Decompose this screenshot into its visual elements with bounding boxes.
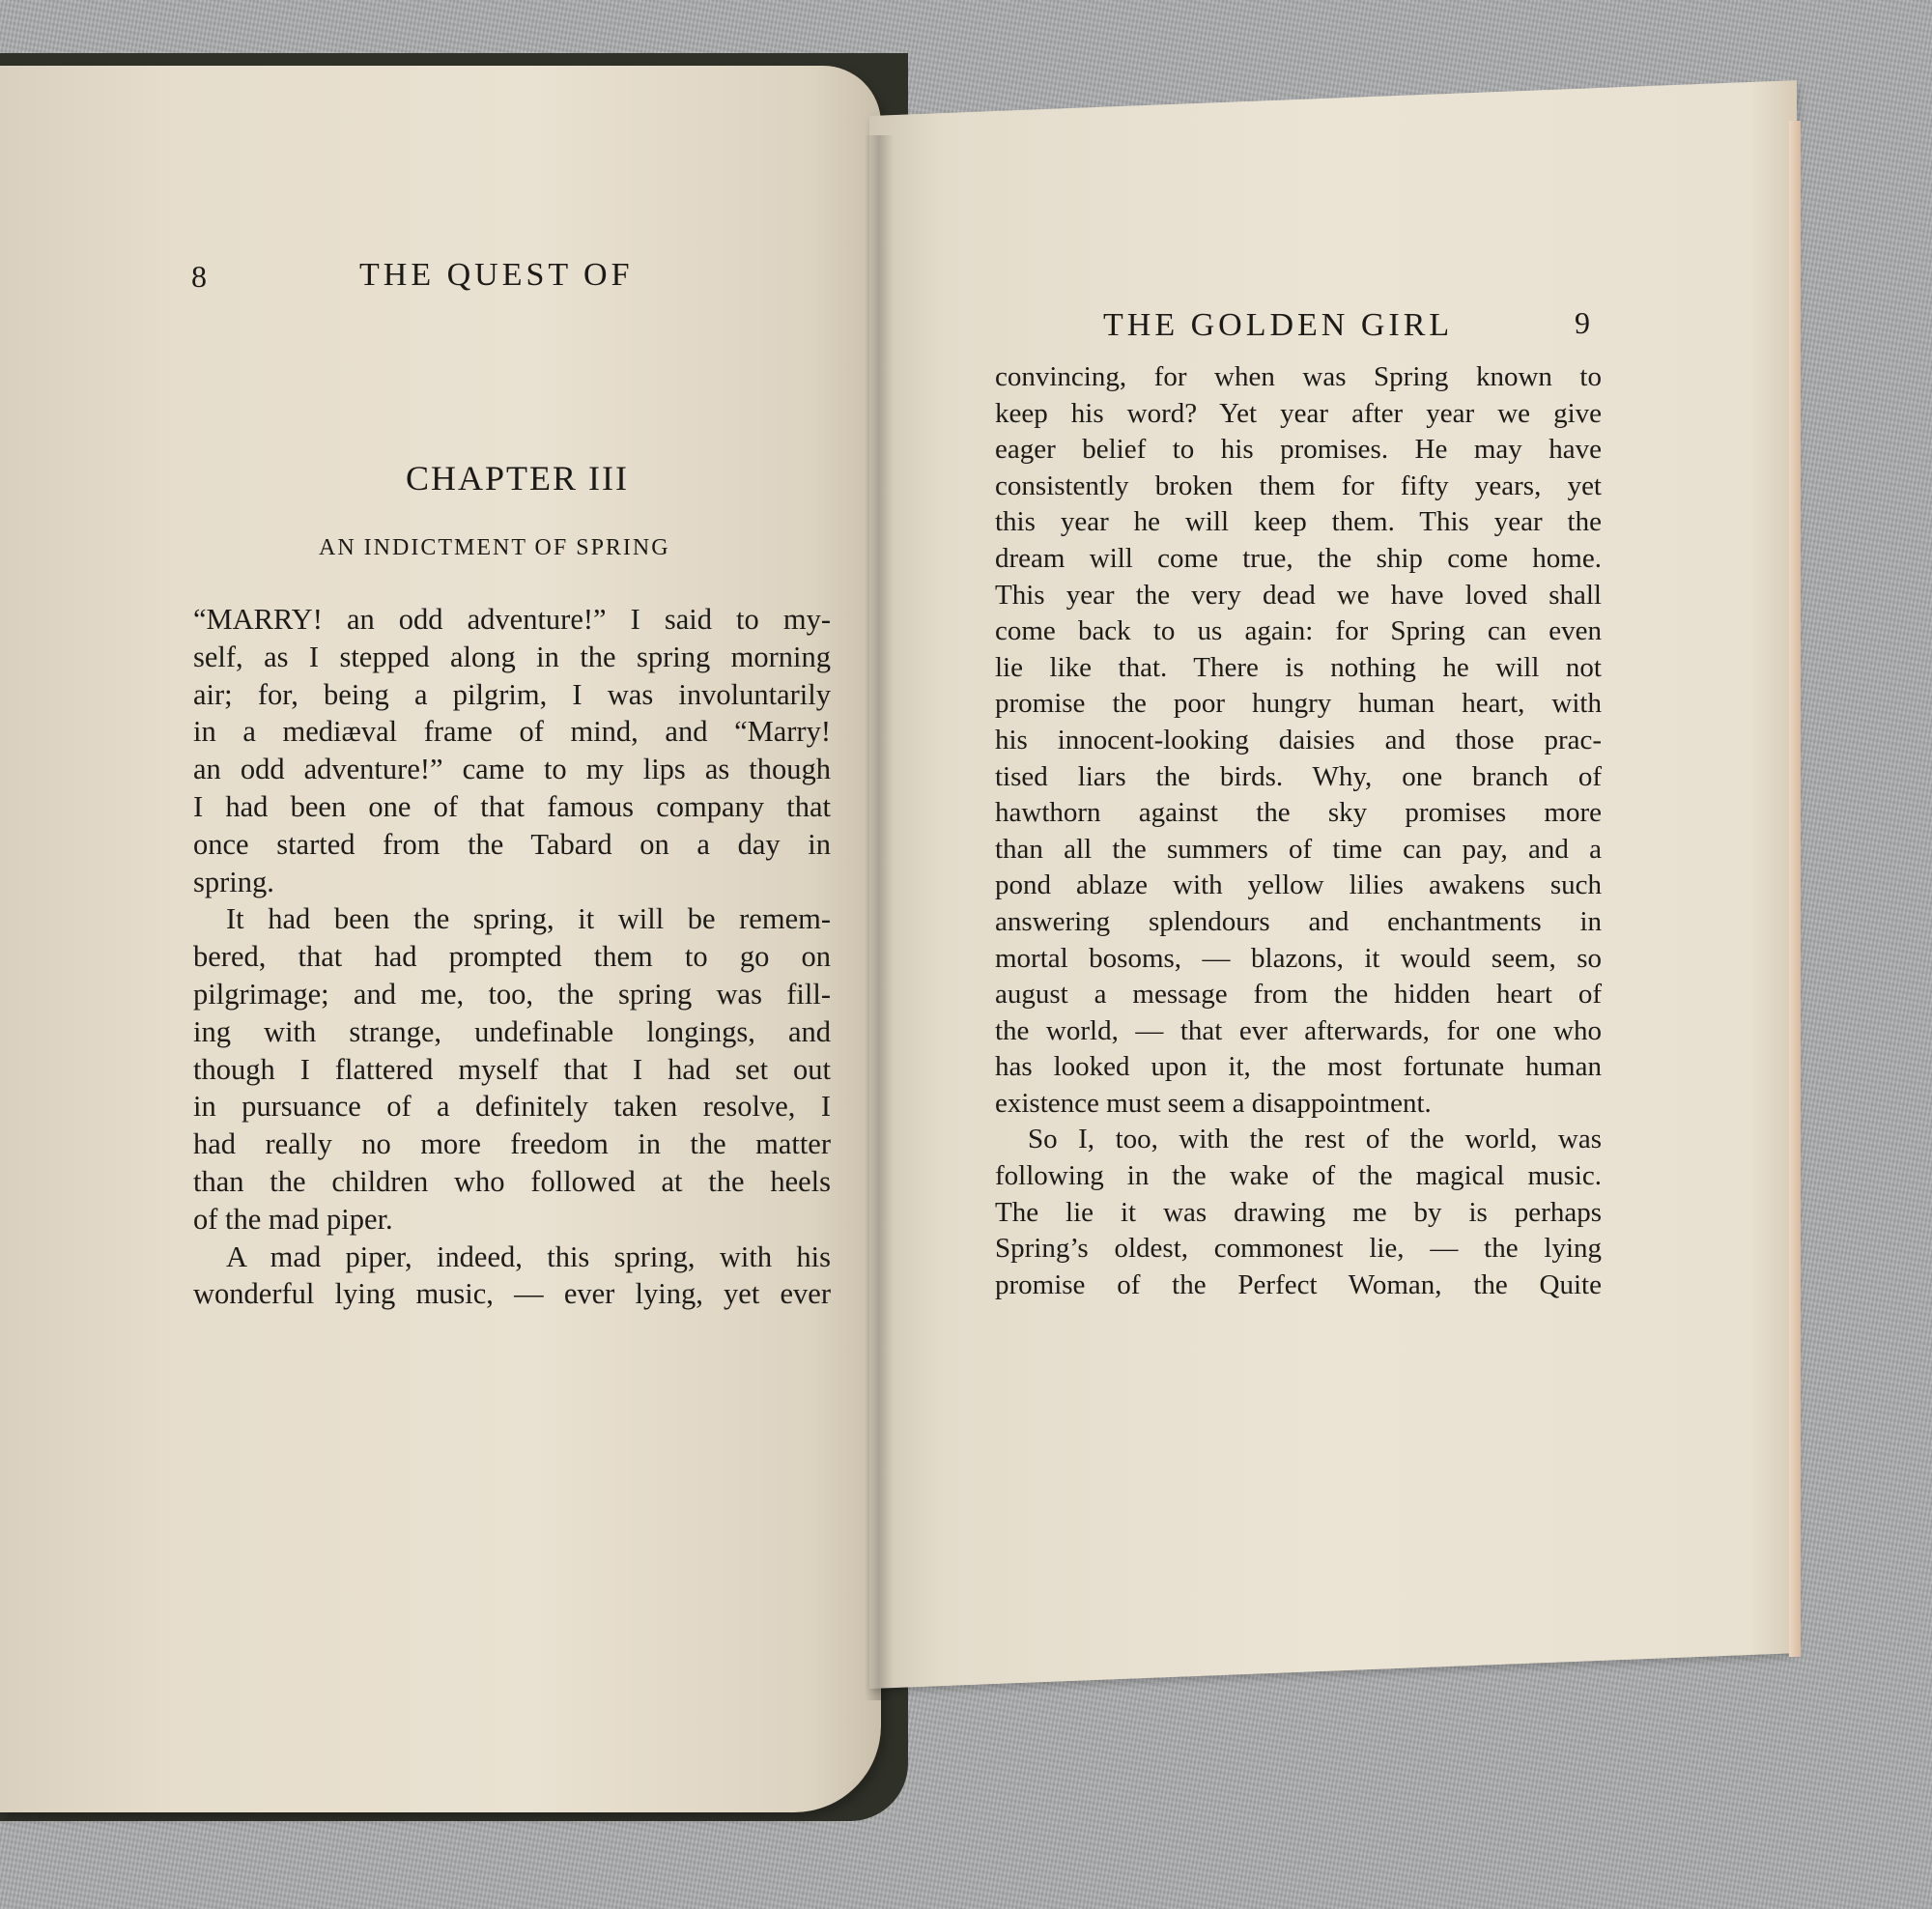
text-line: consistently broken them for fifty years…: [995, 469, 1602, 505]
text-line: this year he will keep them. This year t…: [995, 504, 1602, 541]
right-running-head: THE GOLDEN GIRL: [1103, 307, 1453, 344]
text-line: bered, that had prompted them to go on: [193, 938, 831, 976]
text-line: hawthorn against the sky promises more: [995, 795, 1602, 832]
text-line: the world, — that ever afterwards, for o…: [995, 1013, 1602, 1050]
left-running-head: THE QUEST OF: [359, 257, 634, 294]
text-line: A mad piper, indeed, this spring, with h…: [193, 1239, 831, 1276]
text-line: of the mad piper.: [193, 1201, 831, 1239]
text-line: in pursuance of a definitely taken resol…: [193, 1088, 831, 1125]
right-page-edge: [1789, 121, 1801, 1657]
text-line: This year the very dead we have loved sh…: [995, 578, 1602, 614]
chapter-title: CHAPTER III: [406, 458, 629, 499]
text-line: tised liars the birds. Why, one branch o…: [995, 759, 1602, 796]
text-line: self, as I stepped along in the spring m…: [193, 639, 831, 676]
text-line: spring.: [193, 864, 831, 901]
text-line: has looked upon it, the most fortunate h…: [995, 1049, 1602, 1086]
text-line: lie like that. There is nothing he will …: [995, 650, 1602, 687]
book-gutter: [865, 135, 894, 1700]
text-line: come back to us again: for Spring can ev…: [995, 613, 1602, 650]
text-line: than the children who followed at the he…: [193, 1163, 831, 1201]
text-line: eager belief to his promises. He may hav…: [995, 432, 1602, 469]
text-line: existence must seem a disappointment.: [995, 1086, 1602, 1123]
left-page-number: 8: [191, 259, 207, 295]
text-line: air; for, being a pilgrim, I was involun…: [193, 676, 831, 714]
text-line: mortal bosoms, — blazons, it would seem,…: [995, 941, 1602, 978]
left-page-body: “MARRY! an odd adventure!” I said to my-…: [193, 601, 831, 1313]
text-line: wonderful lying music, — ever lying, yet…: [193, 1275, 831, 1313]
text-line: august a message from the hidden heart o…: [995, 977, 1602, 1013]
text-line: So I, too, with the rest of the world, w…: [995, 1122, 1602, 1158]
text-line: though I flattered myself that I had set…: [193, 1051, 831, 1089]
text-line: I had been one of that famous company th…: [193, 788, 831, 826]
right-page-body: convincing, for when was Spring known to…: [995, 359, 1602, 1303]
text-line: following in the wake of the magical mus…: [995, 1158, 1602, 1195]
text-line: pond ablaze with yellow lilies awakens s…: [995, 868, 1602, 904]
text-line: once started from the Tabard on a day in: [193, 826, 831, 864]
text-line: ing with strange, undefinable longings, …: [193, 1013, 831, 1051]
text-line: dream will come true, the ship come home…: [995, 541, 1602, 578]
right-page-number: 9: [1575, 305, 1590, 341]
chapter-subtitle: AN INDICTMENT OF SPRING: [319, 535, 670, 561]
text-line: an odd adventure!” came to my lips as th…: [193, 751, 831, 788]
text-line: “MARRY! an odd adventure!” I said to my-: [193, 601, 831, 639]
text-line: in a mediæval frame of mind, and “Marry!: [193, 713, 831, 751]
text-line: The lie it was drawing me by is perhaps: [995, 1195, 1602, 1232]
text-line: convincing, for when was Spring known to: [995, 359, 1602, 396]
text-line: his innocent-looking daisies and those p…: [995, 723, 1602, 759]
text-line: It had been the spring, it will be remem…: [193, 900, 831, 938]
text-line: pilgrimage; and me, too, the spring was …: [193, 976, 831, 1013]
text-line: answering splendours and enchantments in: [995, 904, 1602, 941]
text-line: keep his word? Yet year after year we gi…: [995, 396, 1602, 433]
text-line: promise of the Perfect Woman, the Quite: [995, 1268, 1602, 1304]
text-line: Spring’s oldest, commonest lie, — the ly…: [995, 1231, 1602, 1268]
text-line: promise the poor hungry human heart, wit…: [995, 686, 1602, 723]
text-line: than all the summers of time can pay, an…: [995, 832, 1602, 869]
text-line: had really no more freedom in the matter: [193, 1125, 831, 1163]
